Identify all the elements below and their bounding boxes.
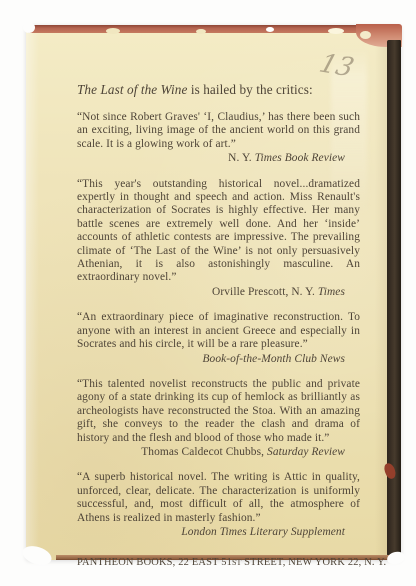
book-back-cover: 13 The Last of the Wine is hailed by the… xyxy=(26,25,401,560)
wear-chip xyxy=(196,29,206,34)
review-text: “An extraordinary piece of imaginative r… xyxy=(77,311,360,351)
worn-corner-top-left xyxy=(23,22,35,33)
review-quote: “This talented novelist reconstructs the… xyxy=(77,378,360,459)
review-text: “This year's outstanding historical nove… xyxy=(77,178,360,285)
book-title: The Last of the Wine xyxy=(77,82,187,97)
wear-chip xyxy=(106,28,120,34)
review-attribution: Book-of-the-Month Club News xyxy=(77,353,345,366)
review-quote: “This year's outstanding historical nove… xyxy=(77,178,360,300)
review-text: “Not since Robert Graves' ‘I, Claudius,’… xyxy=(77,111,360,151)
heading-rest: is hailed by the critics: xyxy=(187,82,312,97)
attribution-source: Times xyxy=(318,286,345,298)
review-attribution: N. Y. Times Book Review xyxy=(77,152,345,165)
attribution-source: Book-of-the-Month Club News xyxy=(202,353,345,365)
jacket-text-column: The Last of the Wine is hailed by the cr… xyxy=(77,82,360,580)
review-attribution: Thomas Caldecot Chubbs, Saturday Review xyxy=(77,446,345,459)
wear-chip xyxy=(328,28,344,34)
review-text: “A superb historical novel. The writing … xyxy=(77,471,360,525)
worn-corner-bottom-left xyxy=(20,543,54,568)
review-quote: “A superb historical novel. The writing … xyxy=(77,471,360,539)
publisher-line: PANTHEON BOOKS, 22 EAST 51ST STREET, NEW… xyxy=(77,556,360,569)
review-attribution: Orville Prescott, N. Y. Times xyxy=(77,286,345,299)
page-title: The Last of the Wine is hailed by the cr… xyxy=(77,82,360,97)
attribution-source: London Times Literary Supplement xyxy=(181,526,345,538)
top-edge-wear-strip xyxy=(28,25,400,33)
review-quote: “An extraordinary piece of imaginative r… xyxy=(77,311,360,366)
review-attribution: London Times Literary Supplement xyxy=(77,526,345,539)
review-quote: “Not since Robert Graves' ‘I, Claudius,’… xyxy=(77,111,360,166)
attribution-roman: Thomas Caldecot Chubbs, xyxy=(141,446,267,458)
attribution-source: Times Book Review xyxy=(255,152,345,164)
wear-chip xyxy=(360,31,371,39)
publisher-suffix: STREET, NEW YORK 22, N. Y. xyxy=(241,557,386,568)
review-text: “This talented novelist reconstructs the… xyxy=(77,378,360,445)
publisher-prefix: PANTHEON BOOKS, 22 EAST 51 xyxy=(77,557,232,568)
attribution-roman: Orville Prescott, N. Y. xyxy=(212,286,318,298)
attribution-roman: N. Y. xyxy=(228,152,255,164)
attribution-source: Saturday Review xyxy=(267,446,345,458)
publisher-ordinal: ST xyxy=(232,558,241,567)
wear-chip xyxy=(266,27,274,32)
